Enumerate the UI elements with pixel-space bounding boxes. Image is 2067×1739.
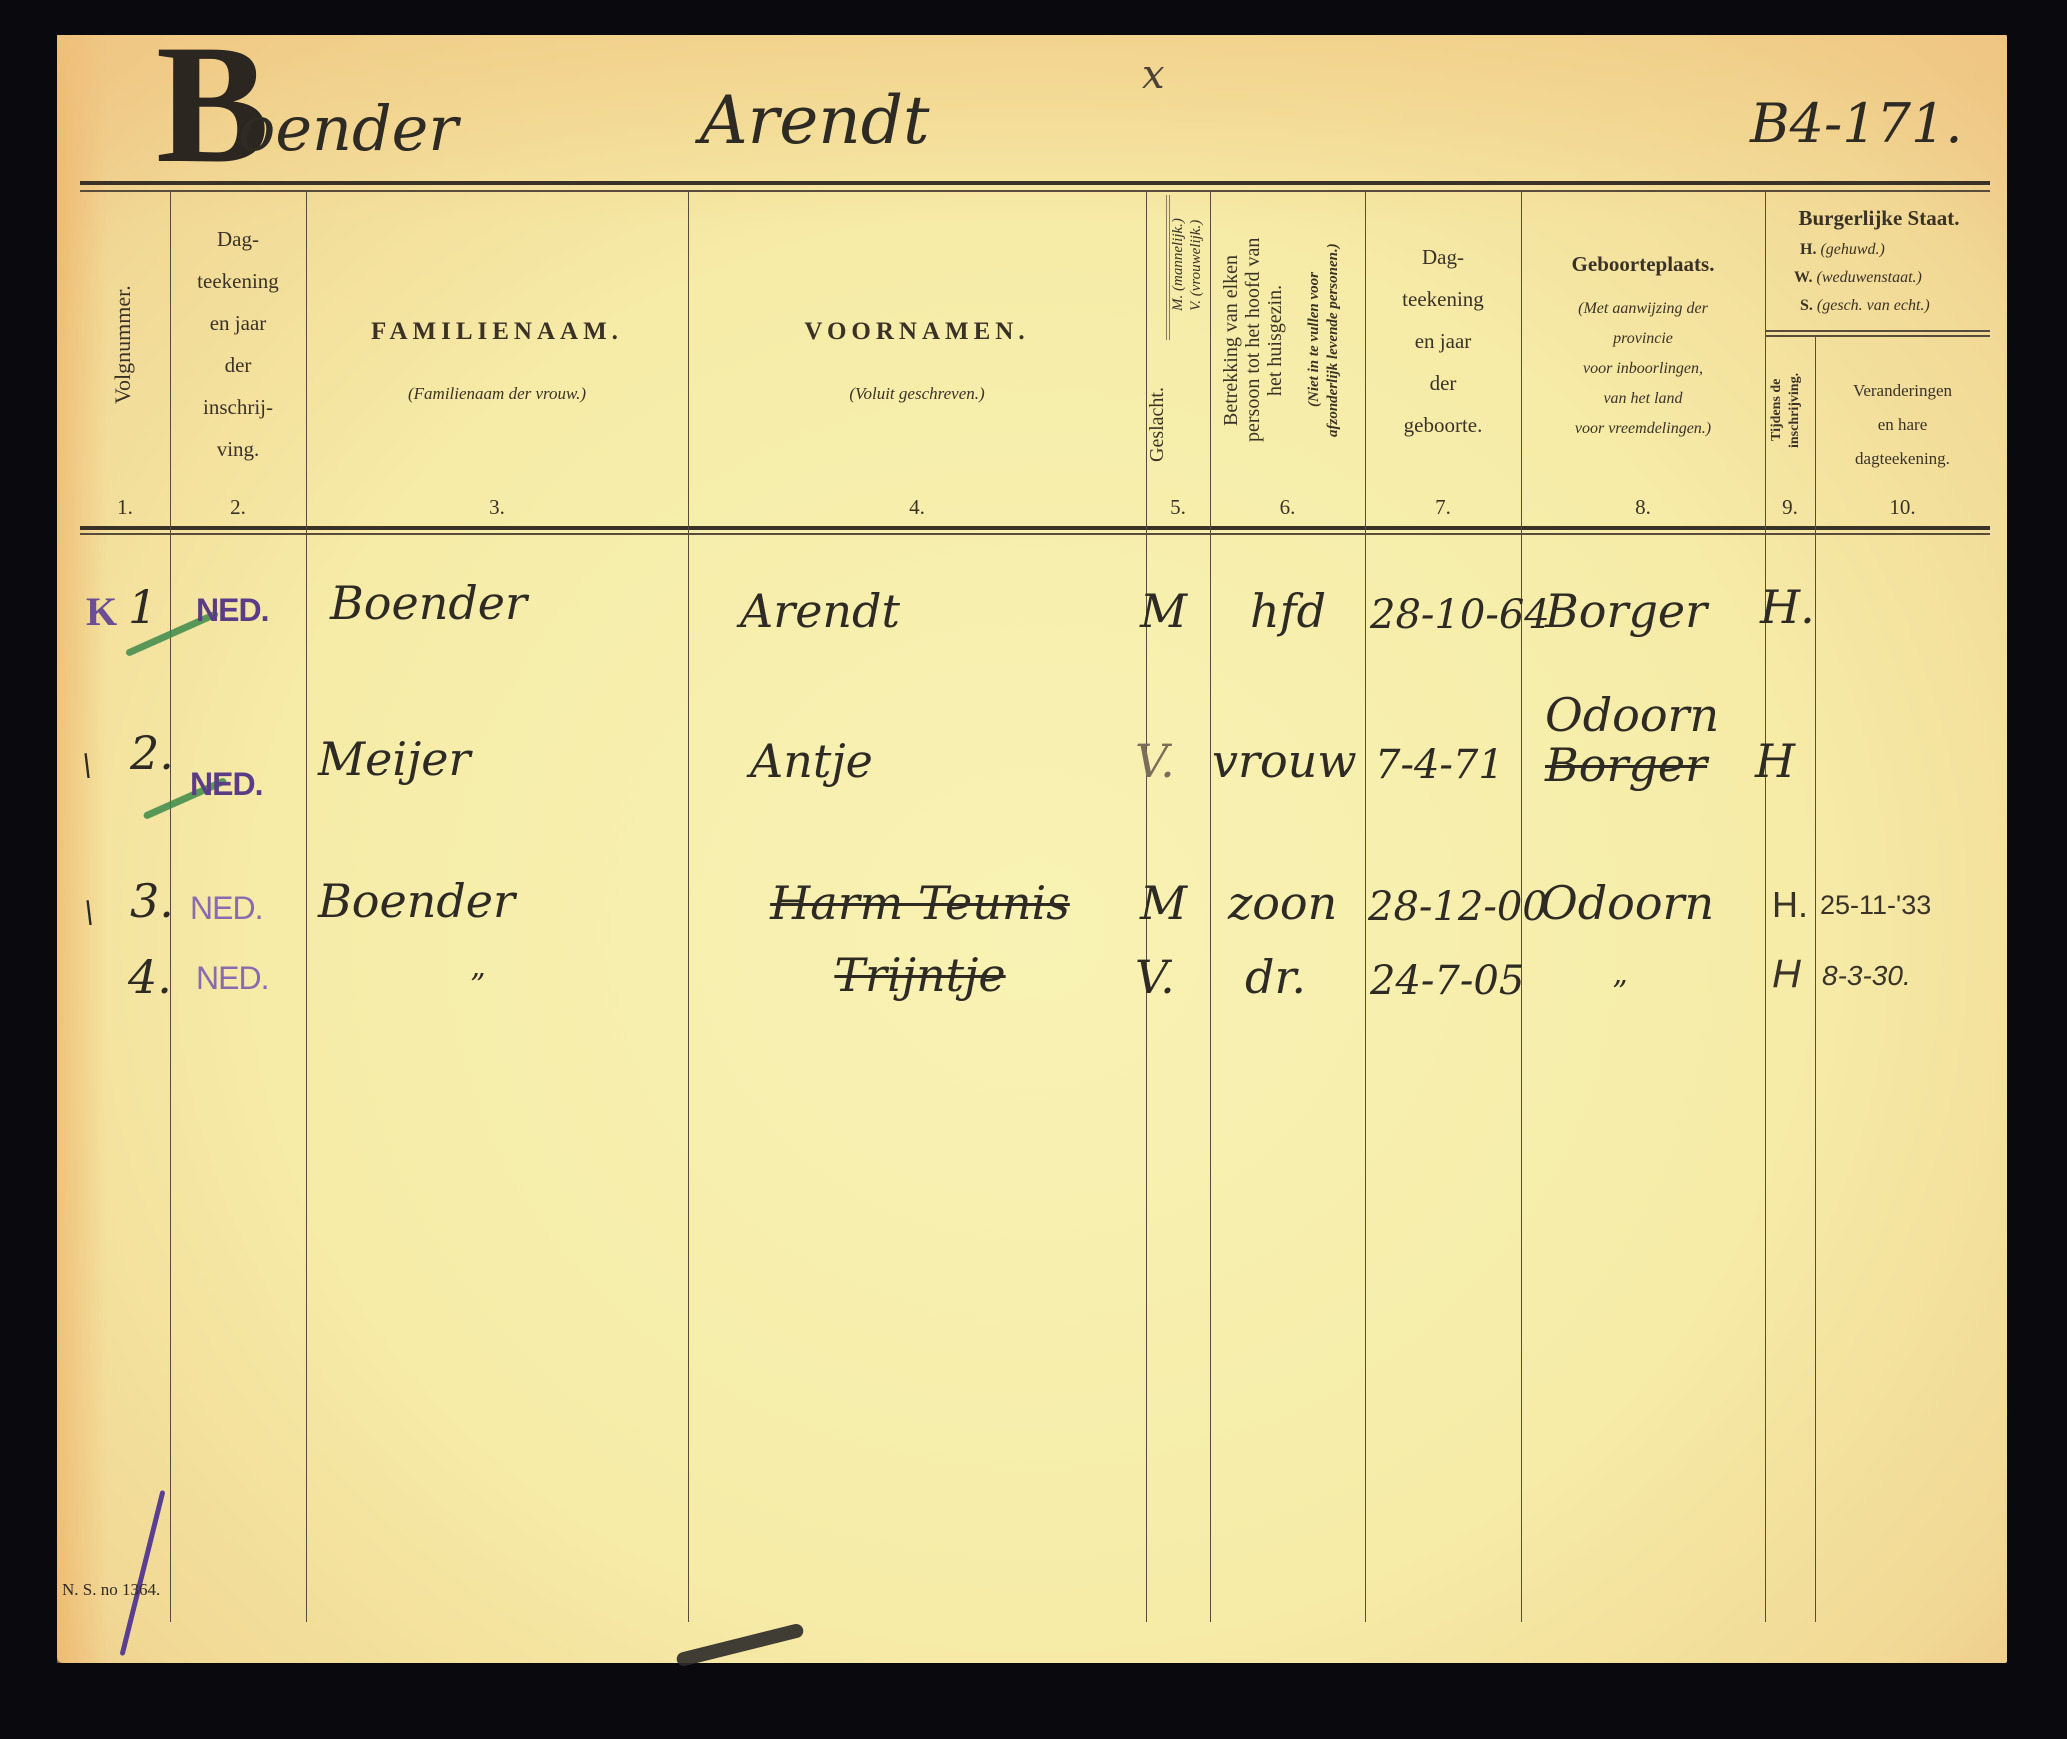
row-1-k-mark: K — [86, 588, 117, 635]
column-divider — [1815, 337, 1816, 1622]
row-4-birth-date: 24-7-05 — [1370, 958, 1524, 1004]
row-2-nationality-stamp: NED. — [190, 766, 262, 803]
row-3-surname: Boender — [318, 874, 515, 928]
header-geslacht: Geslacht. — [1146, 360, 1174, 490]
card-reference: B4-171. — [1750, 92, 1963, 155]
header-veranderingen: Veranderingen en hare dagteekening. — [1815, 374, 1990, 476]
header-legend-v: V. (vrouwelijk.) — [1188, 195, 1208, 335]
top-rule — [80, 181, 1990, 185]
legend-text: (weduwenstaat.) — [1817, 269, 1922, 286]
column-number-5: 5. — [1146, 495, 1210, 520]
legend-item-w: W. (weduwenstaat.) — [1790, 264, 1995, 292]
row-1-nationality-stamp: NED. — [196, 592, 268, 629]
row-3-birthplace: Odoorn — [1540, 876, 1714, 930]
row-3-sex: M — [1140, 876, 1187, 930]
header-line: dagteekening. — [1815, 442, 1990, 476]
row-2-sex: V. — [1135, 734, 1175, 788]
column-number-10: 10. — [1815, 495, 1990, 520]
header-line: (Niet in te vullen voor — [1305, 195, 1324, 485]
header-line: persoon tot het hoofd van — [1242, 195, 1264, 485]
row-3-tick: \ — [84, 895, 94, 930]
header-tijdens-inschrijving: Tijdens de inschrijving. — [1768, 345, 1812, 475]
legend-text: (gesch. van echt.) — [1817, 297, 1930, 314]
header-line: der — [170, 344, 306, 386]
row-4-sex: V. — [1135, 950, 1175, 1004]
row-2-relation: vrouw — [1212, 734, 1357, 788]
form-number: N. S. no 1364. — [62, 1580, 160, 1600]
header-familienaam: FAMILIENAAM. — [306, 318, 688, 346]
column-number-9: 9. — [1765, 495, 1815, 520]
header-line: Dag- — [170, 218, 306, 260]
row-4-surname-ditto: ” — [470, 968, 485, 1003]
row-3-given-names-struck: Harm Teunis — [700, 876, 1140, 930]
header-line: en jaar — [170, 302, 306, 344]
column-number-3: 3. — [306, 495, 688, 520]
row-4-changes: 8-3-30. — [1822, 960, 1911, 992]
header-line: Veranderingen — [1815, 374, 1990, 408]
header-line: voor vreemdelingen.) — [1521, 414, 1765, 444]
row-3-changes: 25-11-'33 — [1820, 890, 1931, 921]
header-line: Betrekking van elken — [1220, 195, 1242, 485]
header-line: der — [1365, 362, 1521, 404]
header-legend-m: M. (mannelijk.) — [1170, 195, 1190, 335]
column-number-4: 4. — [688, 495, 1146, 520]
card-given-name: Arendt — [700, 82, 930, 159]
header-betrekking-note: (Niet in te vullen voor afzonderlijk lev… — [1305, 195, 1355, 485]
row-2-birth-date: 7-4-71 — [1375, 742, 1504, 788]
header-line: het huisgezin. — [1264, 195, 1286, 485]
header-geboorteplaats: Geboorteplaats. — [1521, 252, 1765, 277]
row-4-status: H — [1772, 952, 1801, 997]
status-legend: H. (gehuwd.) W. (weduwenstaat.) S. (gesc… — [1790, 236, 1995, 320]
header-bottom-rule-thin — [80, 533, 1990, 535]
status-split-rule-2 — [1765, 335, 1990, 337]
legend-text: (gehuwd.) — [1820, 241, 1884, 258]
header-familienaam-note: (Familienaam der vrouw.) — [306, 384, 688, 404]
header-line: Dag- — [1365, 236, 1521, 278]
row-4-relation: dr. — [1245, 950, 1306, 1004]
header-line: ving. — [170, 428, 306, 470]
header-line: provincie — [1521, 324, 1765, 354]
row-1-status: H. — [1760, 580, 1815, 634]
row-3-status: H. — [1772, 884, 1808, 926]
legend-code: S. — [1800, 297, 1813, 314]
column-number-7: 7. — [1365, 495, 1521, 520]
row-3-relation: zoon — [1228, 876, 1337, 930]
cross-mark: x — [1142, 52, 1165, 98]
row-1-sex: M — [1140, 584, 1187, 638]
card-surname: oender — [238, 92, 458, 165]
row-2-birthplace-struck: Borger — [1545, 738, 1707, 792]
status-split-rule — [1765, 330, 1990, 332]
header-voornamen-note: (Voluit geschreven.) — [688, 384, 1146, 404]
column-divider — [306, 192, 307, 1622]
column-number-1: 1. — [80, 495, 170, 520]
legend-code: H. — [1800, 241, 1816, 258]
row-1-given-names: Arendt — [740, 584, 900, 638]
column-divider — [1765, 192, 1766, 1622]
row-2-status: H — [1755, 734, 1795, 788]
row-3-number: 3. — [130, 874, 174, 928]
register-card — [57, 35, 2007, 1663]
row-3-nationality-stamp: NED. — [190, 890, 262, 927]
row-1-surname: Boender — [330, 576, 527, 630]
header-line: afzonderlijk levende personen.) — [1324, 195, 1343, 485]
legend-code: W. — [1794, 269, 1813, 286]
header-line: van het land — [1521, 384, 1765, 414]
column-number-6: 6. — [1210, 495, 1365, 520]
header-bottom-rule — [80, 526, 1990, 530]
row-1-relation: hfd — [1250, 584, 1326, 638]
header-line: en jaar — [1365, 320, 1521, 362]
header-line: teekening — [1365, 278, 1521, 320]
header-geboorteplaats-note: (Met aanwijzing der provincie voor inboo… — [1521, 294, 1765, 444]
top-rule-thin — [80, 190, 1990, 192]
legend-item-s: S. (gesch. van echt.) — [1790, 292, 1995, 320]
header-burgerlijke-staat: Burgerlijke Staat. — [1765, 206, 1993, 231]
row-2-surname: Meijer — [318, 732, 471, 786]
header-line: en hare — [1815, 408, 1990, 442]
row-4-number: 4. — [128, 950, 172, 1004]
row-2-tick: \ — [82, 748, 92, 783]
column-divider — [688, 192, 689, 1622]
header-line: teekening — [170, 260, 306, 302]
header-line: inschrij- — [170, 386, 306, 428]
mv-rule — [1166, 195, 1167, 340]
column-number-8: 8. — [1521, 495, 1765, 520]
column-divider — [1210, 192, 1211, 1622]
header-line: (Met aanwijzing der — [1521, 294, 1765, 324]
column-number-2: 2. — [170, 495, 306, 520]
row-2-number: 2. — [130, 726, 174, 780]
row-1-birth-date: 28-10-64 — [1370, 592, 1550, 638]
row-3-birth-date: 28-12-00 — [1368, 884, 1548, 930]
header-volgnummer: Volgnummer. — [98, 230, 148, 460]
legend-item-h: H. (gehuwd.) — [1790, 236, 1995, 264]
header-line: geboorte. — [1365, 404, 1521, 446]
row-2-given-names: Antje — [750, 734, 873, 788]
row-4-given-names-struck: Trijntje — [700, 948, 1140, 1002]
row-4-nationality-stamp: NED. — [196, 960, 268, 997]
row-1-birthplace: Borger — [1545, 584, 1707, 638]
header-voornamen: VOORNAMEN. — [688, 318, 1146, 346]
header-dagteekening-geboorte: Dag- teekening en jaar der geboorte. — [1365, 236, 1521, 446]
row-1-number: 1 — [128, 580, 157, 634]
row-4-birthplace-ditto: ” — [1612, 975, 1627, 1010]
header-line: voor inboorlingen, — [1521, 354, 1765, 384]
row-2-birthplace-correction: Odoorn — [1545, 688, 1719, 742]
header-dagteekening-inschrijving: Dag- teekening en jaar der inschrij- vin… — [170, 218, 306, 470]
